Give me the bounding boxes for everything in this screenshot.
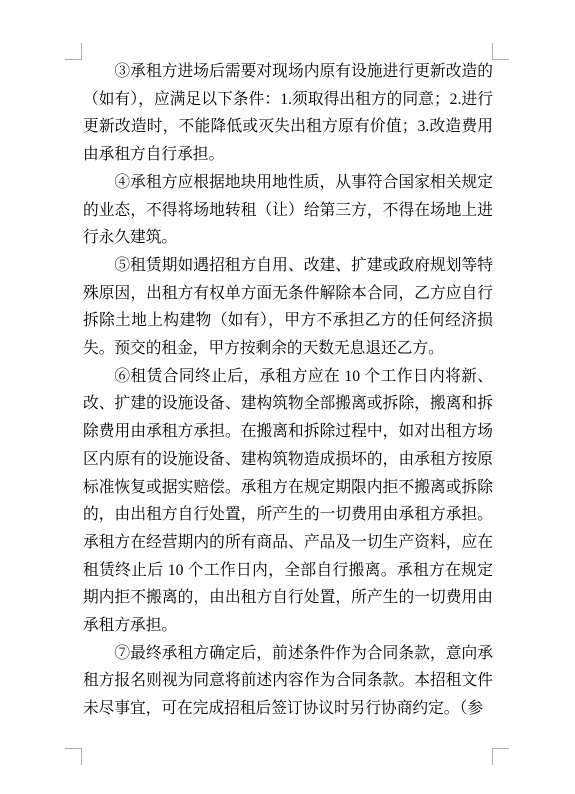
text-boundary-mark-bottom-left bbox=[65, 748, 82, 765]
paragraph-clause-5: ⑤租赁期如遇招租方自用、改建、扩建或政府规划等特殊原因，出租方有权单方面无条件解… bbox=[83, 252, 493, 363]
document-body: ③承租方进场后需要对现场内原有设施进行更新改造的（如有），应满足以下条件：1.须… bbox=[83, 58, 493, 723]
text-boundary-mark-top-left bbox=[65, 43, 82, 60]
text-boundary-mark-bottom-right bbox=[492, 748, 509, 765]
paragraph-clause-3: ③承租方进场后需要对现场内原有设施进行更新改造的（如有），应满足以下条件：1.须… bbox=[83, 58, 493, 169]
paragraph-clause-4: ④承租方应根据地块用地性质，从事符合国家相关规定的业态，不得将场地转租（让）给第… bbox=[83, 169, 493, 252]
paragraph-clause-7: ⑦最终承租方确定后，前述条件作为合同条款，意向承租方报名则视为同意将前述内容作为… bbox=[83, 640, 493, 723]
paragraph-clause-6: ⑥租赁合同终止后，承租方应在 10 个工作日内将新、改、扩建的设施设备、建构筑物… bbox=[83, 363, 493, 640]
document-page: ③承租方进场后需要对现场内原有设施进行更新改造的（如有），应满足以下条件：1.须… bbox=[0, 0, 575, 794]
text-boundary-mark-top-right bbox=[492, 43, 509, 60]
